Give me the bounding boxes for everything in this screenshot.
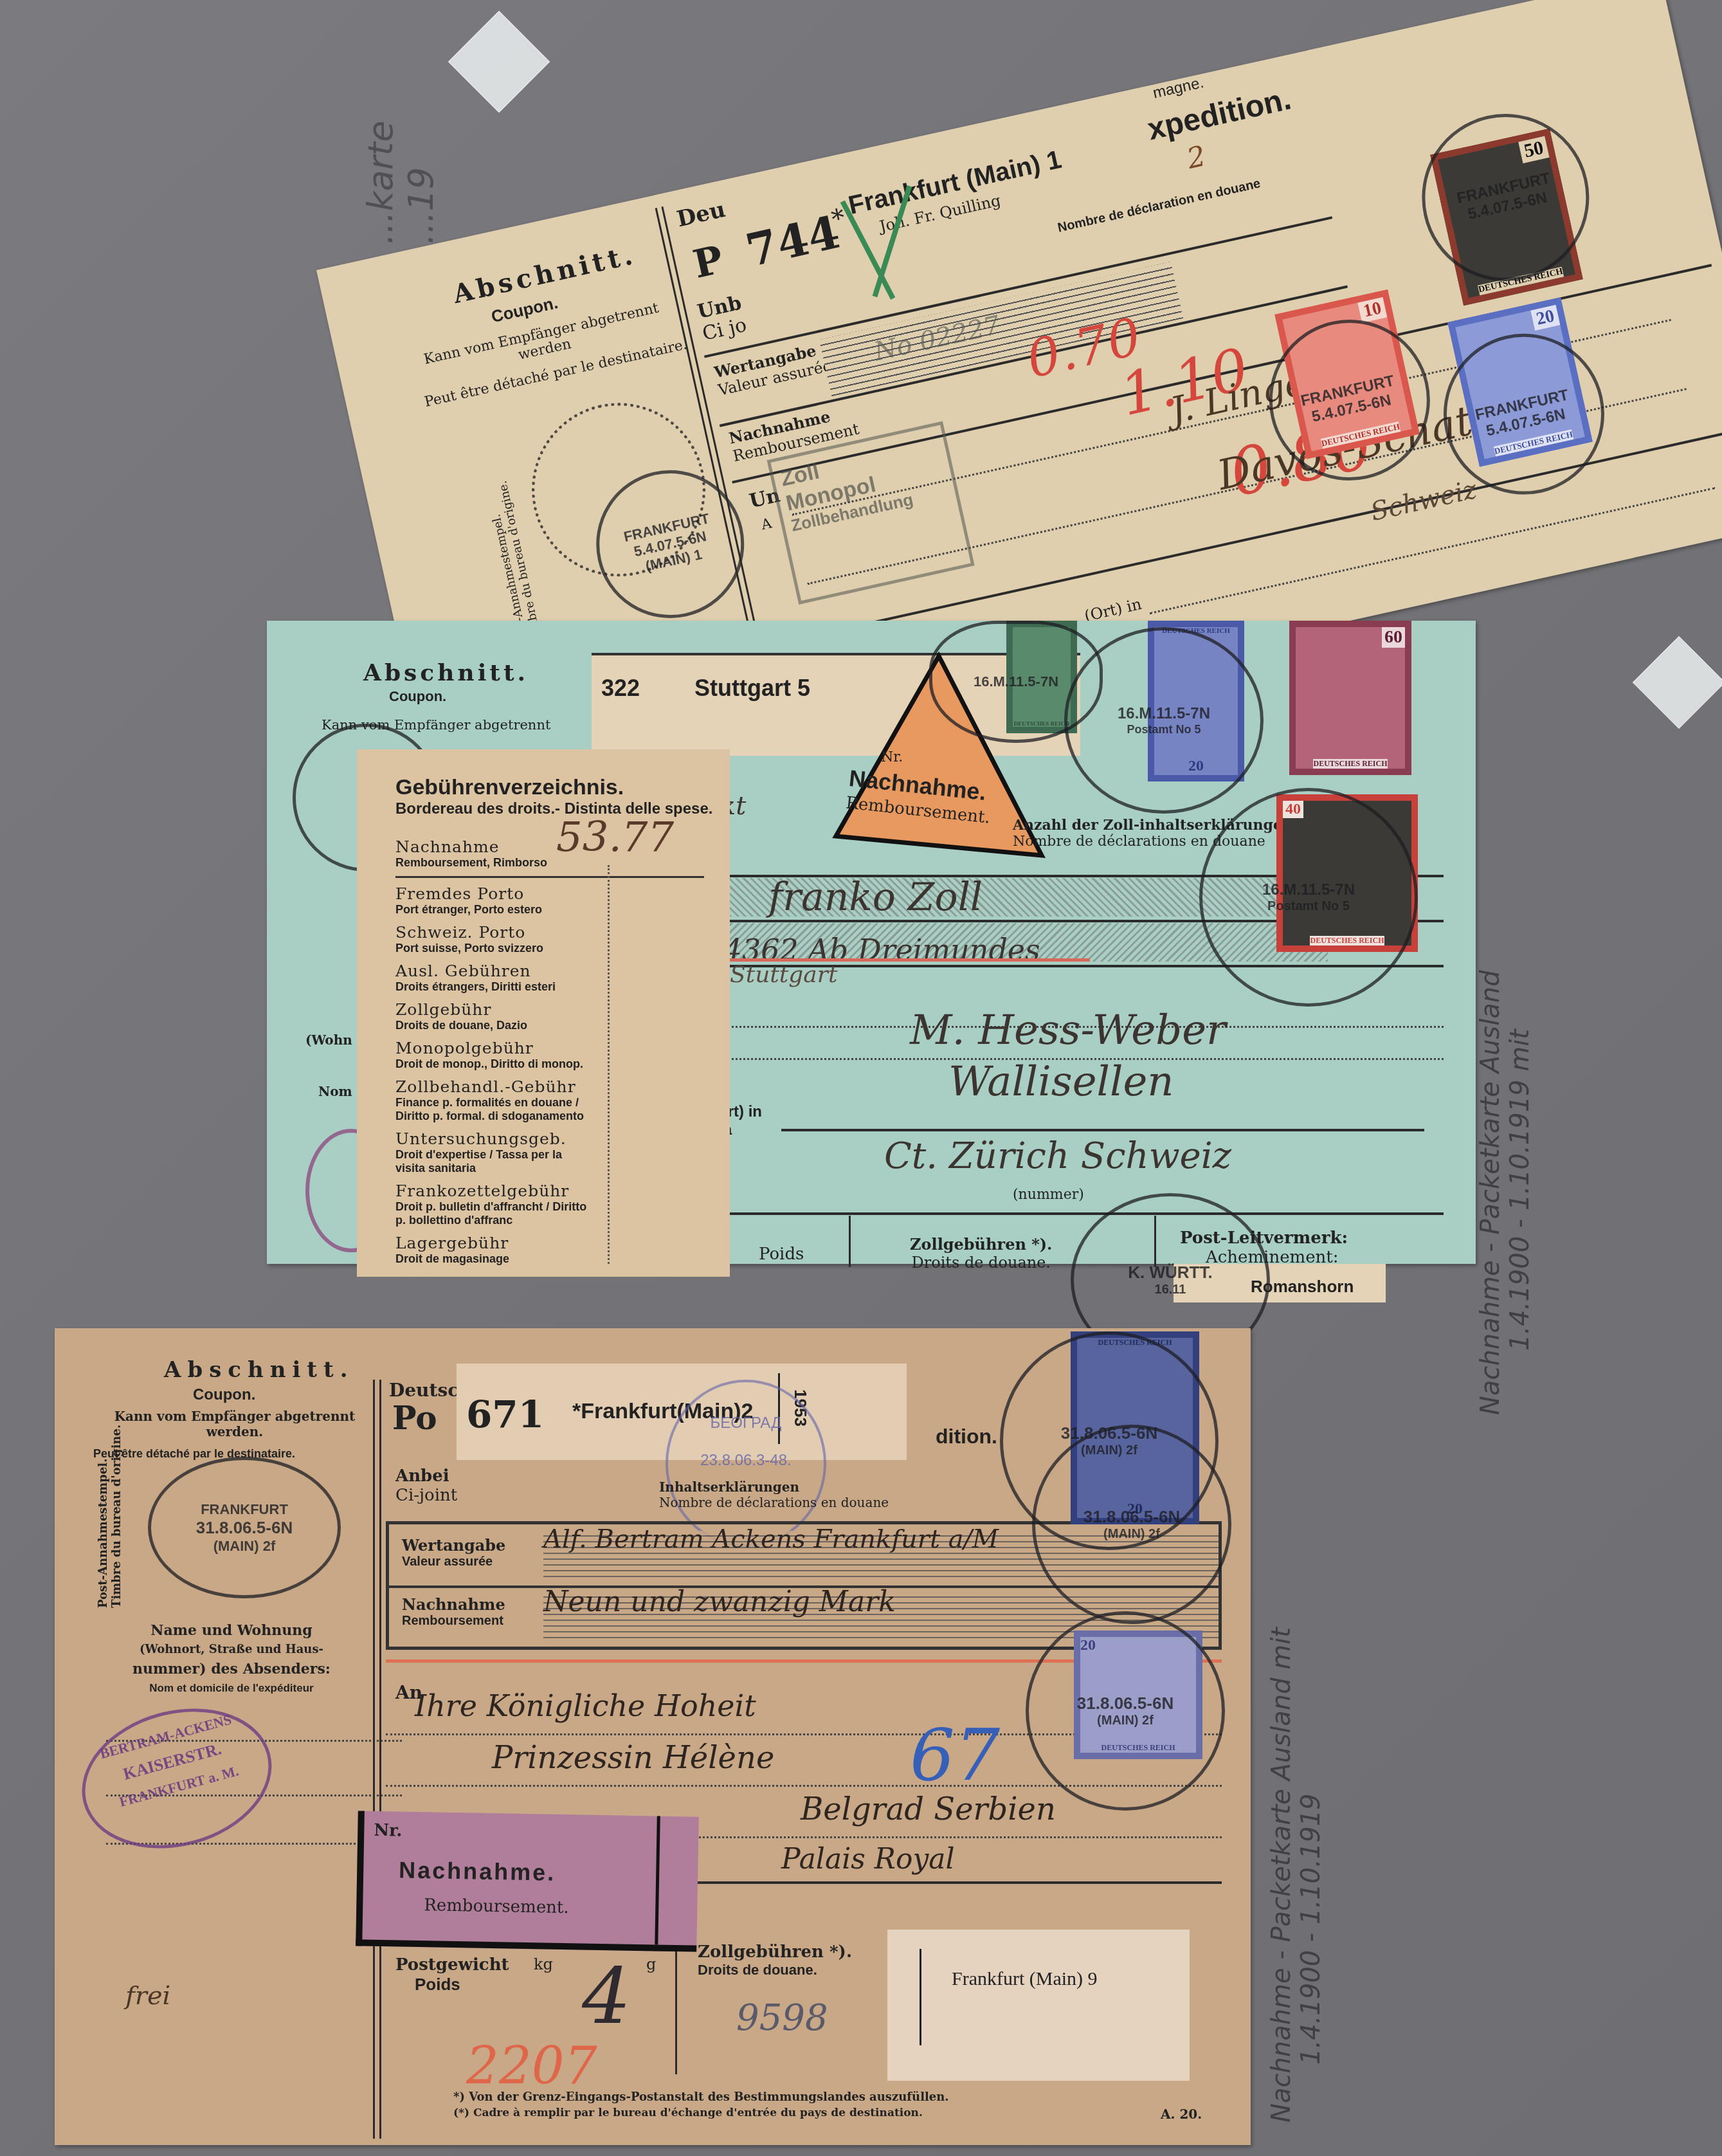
divider [781,1129,1424,1131]
field-nachnahme: Nachnahme [402,1595,505,1614]
handwritten-place: Wallisellen [948,1058,1174,1106]
parcel-number: 744 [741,205,845,278]
field-unb: UnbCi jo [695,292,748,345]
handwritten-signature: frei [125,1981,170,2011]
fee-row: Untersuchungsgeb.Droit d'expertise / Tas… [395,1129,717,1175]
header-nombre: Nombre de déclaration en douane [1056,176,1262,235]
handwritten-count: 2 [1184,140,1208,176]
handwritten-blue-number: 67 [910,1714,1000,1796]
postmark-stuttgart: 16.M.11.5-7NPostamt No 5 [1064,627,1264,814]
postmark-stuttgart: 16.M.11.5-7NPostamt No 5 [1199,788,1418,1007]
handwritten-customs: 9598 [736,1997,828,2039]
coupon-subtitle: Coupon. [389,688,446,705]
sender-heading: Name und Wohnung(Wohnort, Straße und Hau… [103,1621,360,1698]
field-wertangabe: Wertangabe [402,1536,505,1555]
fee-list-slip: Gebührenverzeichnis. Bordereau des droit… [357,749,730,1277]
handwritten-franko: franko Zoll [768,875,983,920]
handwritten-palace: Palais Royal [781,1843,955,1876]
handwritten-place: Belgrad Serbien [801,1791,1056,1827]
handwritten-canton: Ct. Zürich Schweiz [884,1135,1231,1177]
coupon-vertical-label: Post-Annahmestempel.Timbre du bureau d'o… [96,1425,123,1608]
coupon-wohn: (Wohn [305,1032,352,1048]
divider [621,1212,1444,1215]
fee-row: Schweiz. PortoPort suisse, Porto svizzer… [395,923,717,955]
fee-row: LagergebührDroit de magasinage [395,1234,717,1266]
parcel-letter: P [689,237,727,288]
divider [675,1939,677,2074]
field-postgewicht: PostgewichtPoids [395,1955,509,1995]
coupon-nom: Nom [318,1084,352,1099]
handwritten-recipient: Prinzessin Hélène [492,1740,774,1776]
handwritten-red-number: 2207 [466,2036,597,2096]
unit-kg: kg [534,1955,553,1973]
footnote-fr: (*) Cadre à remplir par le bureau d'écha… [453,2106,923,2119]
field-a: A [760,515,774,533]
photo-corner [1633,636,1722,729]
field-inhalt: InhaltserklärungenNombre de déclarations… [659,1479,889,1510]
fee-row: NachnahmeRemboursement, Rimborso [395,837,717,870]
form-number: A. 20. [1161,2106,1202,2122]
fee-row: ZollgebührDroits de douane, Dazio [395,1000,717,1032]
divider [373,1380,375,2139]
album-page: Nachnahme - Packetkarte Ausland 1.4.1900… [0,0,1722,2156]
fee-row: Ausl. GebührenDroits étrangers, Diritti … [395,962,717,994]
stamp-60pf: 60DEUTSCHES REICH [1289,621,1411,775]
coupon-subtitle: Coupon. [193,1386,255,1404]
fee-row: FrankozettelgebührDroit p. bulletin d'af… [395,1182,717,1227]
field-poids: Poids [759,1245,804,1264]
fee-row: MonopolgebührDroit de monop., Diritto di… [395,1039,717,1071]
coupon-text-de: Kann vom Empfänger abgetrennt werden. [106,1409,363,1439]
fee-row: Zollbehandl.-GebührFinance p. formalités… [395,1077,717,1123]
field-zoll: Zollgebühren *).Droits de douane. [910,1235,1052,1272]
handwritten-sender-place: Stuttgart [730,962,837,988]
fee-list-title: Gebührenverzeichnis. [395,775,717,800]
handwritten-sender: Alf. Bertram Ackens Frankfurt a/M [543,1524,999,1554]
unit-g: g [646,1955,656,1973]
header-dition: dition. [936,1425,997,1448]
parcel-card-bottom: Abschnitt. Coupon. Kann vom Empfänger ab… [55,1328,1251,2145]
field-zoll: Zollgebühren *).Droits de douane. [698,1942,852,1978]
handwritten-weight: 4 [582,1952,631,2042]
fee-row: Fremdes PortoPort étranger, Porto estero [395,884,717,917]
header-magne: magne. [1151,74,1205,103]
photo-corner [448,11,550,113]
margin-note: ...karte ...19 [360,121,441,244]
footnote-de: *) Von der Grenz-Eingangs-Postanstalt de… [453,2090,949,2104]
postmark-frankfurt: FRANKFURT31.8.06.5-6N(MAIN) 2f [148,1457,341,1598]
coupon-title: Abschnitt. [363,659,529,686]
field-wertangabe: WertangabeValeur assurée [712,338,833,399]
margin-note: Nachnahme - Packetkarte Ausland mit 1.4.… [1267,1627,1326,2123]
margin-note: Nachnahme - Packetkarte Ausland 1.4.1900… [1476,970,1535,1415]
divider [379,1380,381,2139]
field-anbei: AnbeiCi-joint [395,1466,457,1505]
handwritten-country: Schweiz [1368,475,1479,527]
header-deu: Deu [675,197,728,232]
postmark-frankfurt: 31.8.06.5-6N(MAIN) 2f [1026,1611,1225,1811]
postmark-frankfurt: 31.8.06.5-6N(MAIN) 2f [1032,1425,1231,1624]
cod-label: Nr. Nachnahme. Remboursement. [356,1811,699,1951]
coupon-title: Abschnitt. [164,1357,354,1383]
divider [849,1216,851,1267]
handwritten-amount: Neun und zwanzig Mark [543,1585,896,1618]
parcel-card-middle: Abschnitt. Coupon. Kann vom Empfänger ab… [267,621,1476,1264]
field-nummer: (nummer) [1013,1187,1084,1203]
routing-label: Frankfurt (Main) 9 [887,1930,1190,2081]
sender-oval-stamp: BERTRAM-ACKENSKAISERSTR.FRANKFURT a. M. [66,1688,287,1868]
handwritten-recipient: Ihre Königliche Hoheit [415,1688,756,1723]
handwritten-recipient: M. Hess-Weber [910,1007,1226,1054]
